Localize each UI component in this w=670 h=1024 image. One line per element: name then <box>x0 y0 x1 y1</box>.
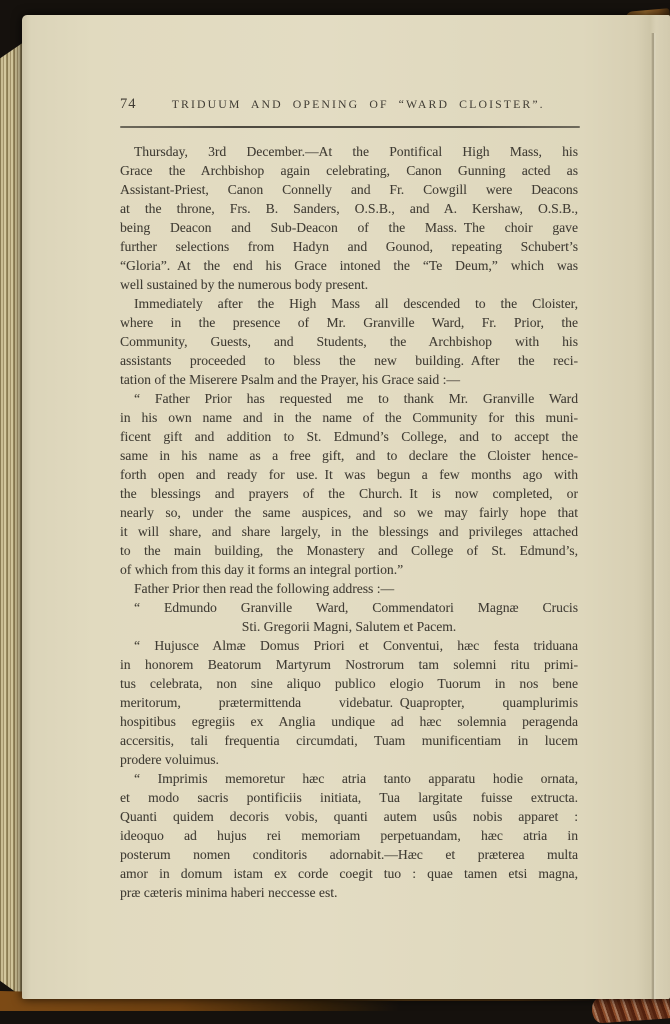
text-line: tation of the Miserere Psalm and the Pra… <box>120 370 578 389</box>
text-line: posterum nomen conditoris adornabit.—Hæc… <box>120 845 578 864</box>
paragraph: Thursday, 3rd December.—At the Pontifica… <box>120 142 578 294</box>
text-line: Thursday, 3rd December.—At the Pontifica… <box>120 142 578 161</box>
header-rule <box>120 126 580 128</box>
text-line: tus celebrata, non sine aliquo publico e… <box>120 674 578 693</box>
text-line: same in his name as a free gift, and to … <box>120 446 578 465</box>
text-line: ideoquo ad hujus rei memoriam perpetuand… <box>120 826 578 845</box>
book-page: 74 TRIDUUM AND OPENING OF “WARD CLOISTER… <box>22 15 670 999</box>
page-gutter-crease <box>651 33 656 999</box>
text-line: the blessings and prayers of the Church.… <box>120 484 578 503</box>
text-line: hospitibus egregiis ex Anglia undique ad… <box>120 712 578 731</box>
text-line: Immediately after the High Mass all desc… <box>120 294 578 313</box>
text-line: well sustained by the numerous body pres… <box>120 275 578 294</box>
text-line: Community, Guests, and Students, the Arc… <box>120 332 578 351</box>
text-line: it will share, and share largely, in the… <box>120 522 578 541</box>
text-line: assistants proceeded to bless the new bu… <box>120 351 578 370</box>
text-line: in his own name and in the name of the C… <box>120 408 578 427</box>
text-line: prodere voluimus. <box>120 750 578 769</box>
text-line: Assistant-Priest, Canon Connelly and Fr.… <box>120 180 578 199</box>
text-line: forth open and ready for use. It was beg… <box>120 465 578 484</box>
text-line: meritorum, prætermittenda videbatur. Qua… <box>120 693 578 712</box>
text-line: Quanti quidem decoris vobis, quanti aute… <box>120 807 578 826</box>
text-line: in honorem Beatorum Martyrum Nostrorum t… <box>120 655 578 674</box>
text-line: Father Prior then read the following add… <box>120 579 578 598</box>
text-line: where in the presence of Mr. Granville W… <box>120 313 578 332</box>
text-line: accersitis, tali frequentia circumdati, … <box>120 731 578 750</box>
page-header: 74 TRIDUUM AND OPENING OF “WARD CLOISTER… <box>120 96 580 113</box>
paragraph: “ Imprimis memoretur hæc atria tanto app… <box>120 769 578 902</box>
text-line: “ Edmundo Granville Ward, Commendatori M… <box>120 598 578 617</box>
paragraph: “ Father Prior has requested me to thank… <box>120 389 578 579</box>
page-number: 74 <box>120 96 137 113</box>
text-line: Sti. Gregorii Magni, Salutem et Pacem. <box>120 617 578 636</box>
text-line: further selections from Hadyn and Gounod… <box>120 237 578 256</box>
paragraph: Immediately after the High Mass all desc… <box>120 294 578 389</box>
paragraph: “ Edmundo Granville Ward, Commendatori M… <box>120 598 578 636</box>
text-line: “ Imprimis memoretur hæc atria tanto app… <box>120 769 578 788</box>
text-line: at the throne, Frs. B. Sanders, O.S.B., … <box>120 199 578 218</box>
text-line: to the main building, the Monastery and … <box>120 541 578 560</box>
text-line: ficent gift and addition to St. Edmund’s… <box>120 427 578 446</box>
paragraph: “ Hujusce Almæ Domus Priori et Conventui… <box>120 636 578 769</box>
text-line: nearly so, under the same auspices, and … <box>120 503 578 522</box>
text-line: “ Hujusce Almæ Domus Priori et Conventui… <box>120 636 578 655</box>
paragraph: Father Prior then read the following add… <box>120 579 578 598</box>
text-line: præ cæteris minima haberi neccesse est. <box>120 883 578 902</box>
book-photo: 74 TRIDUUM AND OPENING OF “WARD CLOISTER… <box>0 0 670 1024</box>
text-line: “Gloria”. At the end his Grace intoned t… <box>120 256 578 275</box>
text-line: et modo sacris pontificiis initiata, Tua… <box>120 788 578 807</box>
text-line: being Deacon and Sub-Deacon of the Mass.… <box>120 218 578 237</box>
running-title: TRIDUUM AND OPENING OF “WARD CLOISTER”. <box>137 97 581 112</box>
text-line: of which from this day it forms an integ… <box>120 560 578 579</box>
page-body: Thursday, 3rd December.—At the Pontifica… <box>120 142 578 902</box>
text-line: amor in domum istam ex corde coegit tuo … <box>120 864 578 883</box>
text-line: “ Father Prior has requested me to thank… <box>120 389 578 408</box>
text-line: Grace the Archbishop again celebrating, … <box>120 161 578 180</box>
